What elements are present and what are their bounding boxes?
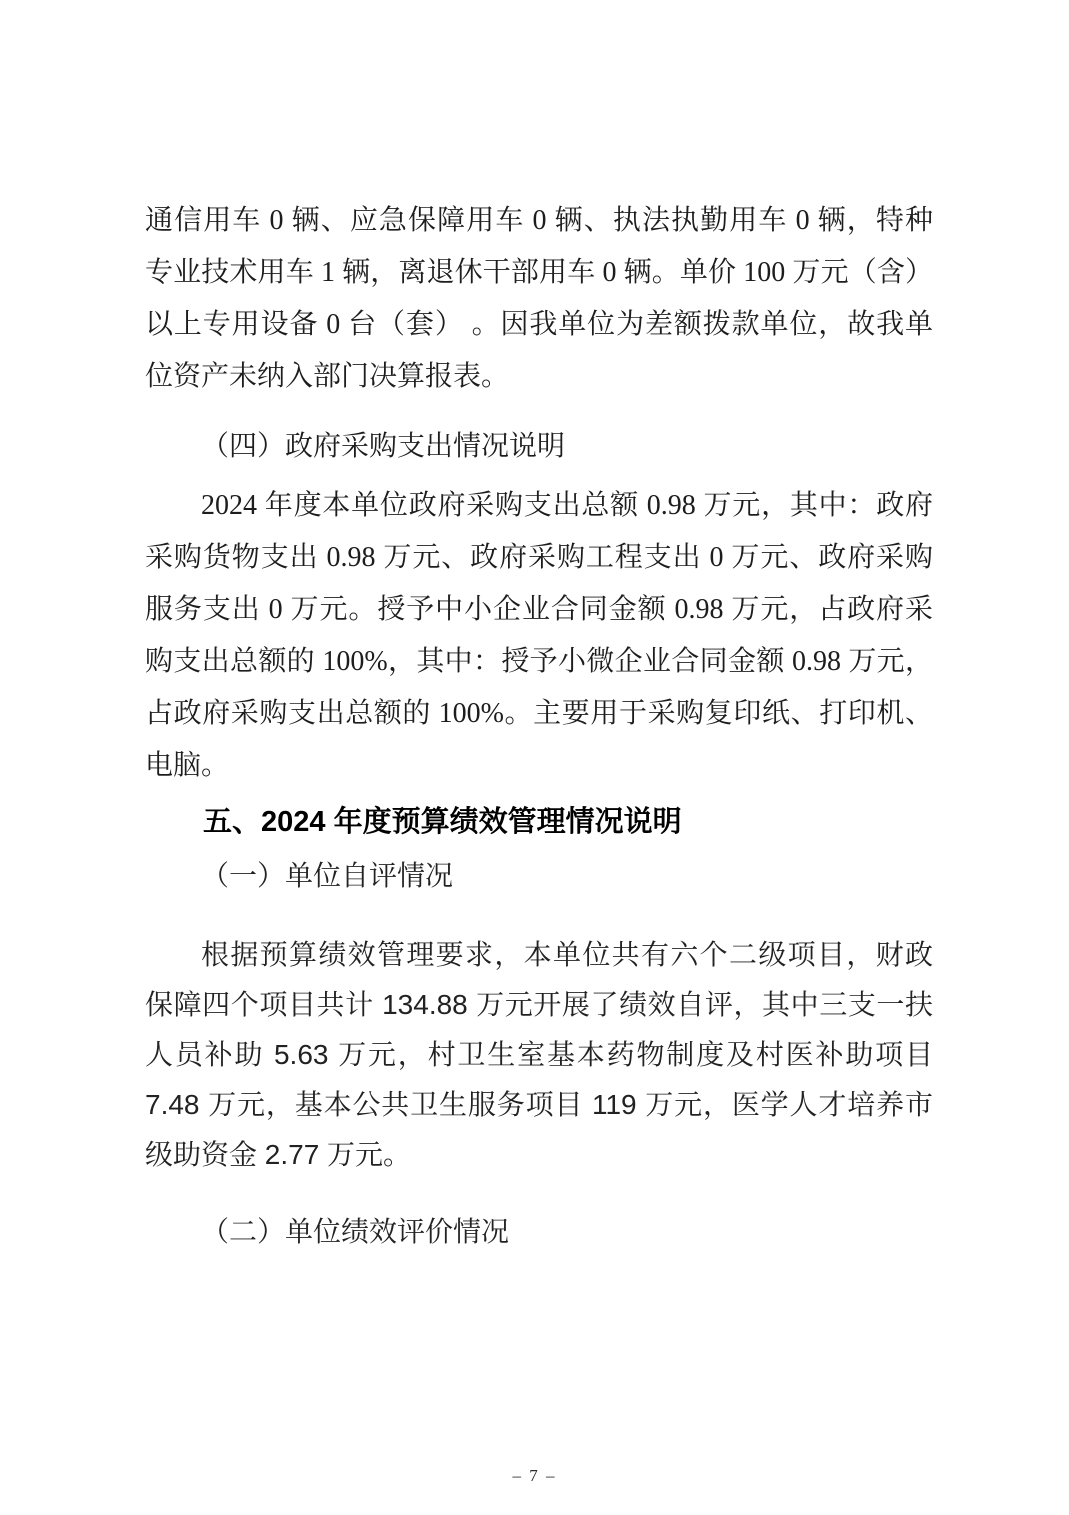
text-line: 采购货物支出 0.98 万元、政府采购工程支出 0 万元、政府采购 bbox=[145, 532, 933, 584]
page-number: – 7 – bbox=[0, 1466, 1069, 1486]
text-line: 电脑。 bbox=[145, 740, 933, 792]
text-line: 通信用车 0 辆、应急保障用车 0 辆、执法执勤用车 0 辆，特种 bbox=[145, 195, 933, 247]
text-line: 服务支出 0 万元。授予中小企业合同金额 0.98 万元，占政府采 bbox=[145, 584, 933, 636]
heading-subsection-one-self-evaluation: （一）单位自评情况 bbox=[145, 850, 933, 902]
paragraph-procurement-expenditure: 2024 年度本单位政府采购支出总额 0.98 万元，其中：政府采购货物支出 0… bbox=[145, 480, 933, 792]
heading-subsection-two-performance-review: （二）单位绩效评价情况 bbox=[145, 1206, 933, 1258]
text-line: 级助资金 2.77 万元。 bbox=[145, 1130, 933, 1180]
text-line: 人员补助 5.63 万元，村卫生室基本药物制度及村医补助项目 bbox=[145, 1030, 933, 1080]
text-line: 专业技术用车 1 辆，离退休干部用车 0 辆。单价 100 万元（含） bbox=[145, 247, 933, 299]
text-line: 2024 年度本单位政府采购支出总额 0.98 万元，其中：政府 bbox=[145, 480, 933, 532]
text-line: 购支出总额的 100%，其中：授予小微企业合同金额 0.98 万元， bbox=[145, 636, 933, 688]
document-page: 通信用车 0 辆、应急保障用车 0 辆、执法执勤用车 0 辆，特种专业技术用车 … bbox=[0, 0, 1069, 1515]
text-line: 以上专用设备 0 台（套） 。因我单位为差额拨款单位，故我单 bbox=[145, 299, 933, 351]
text-line: 根据预算绩效管理要求，本单位共有六个二级项目，财政 bbox=[145, 930, 933, 980]
heading-section-five-performance: 五、2024 年度预算绩效管理情况说明 bbox=[145, 796, 933, 848]
heading-section-four-procurement: （四）政府采购支出情况说明 bbox=[145, 421, 933, 473]
paragraph-self-evaluation: 根据预算绩效管理要求，本单位共有六个二级项目，财政保障四个项目共计 134.88… bbox=[145, 930, 933, 1180]
text-line: 位资产未纳入部门决算报表。 bbox=[145, 351, 933, 403]
paragraph-vehicles-assets: 通信用车 0 辆、应急保障用车 0 辆、执法执勤用车 0 辆，特种专业技术用车 … bbox=[145, 195, 933, 403]
text-line: 7.48 万元，基本公共卫生服务项目 119 万元，医学人才培养市 bbox=[145, 1080, 933, 1130]
text-line: 保障四个项目共计 134.88 万元开展了绩效自评，其中三支一扶 bbox=[145, 980, 933, 1030]
page-content: 通信用车 0 辆、应急保障用车 0 辆、执法执勤用车 0 辆，特种专业技术用车 … bbox=[145, 195, 933, 1258]
text-line: 占政府采购支出总额的 100%。主要用于采购复印纸、打印机、 bbox=[145, 688, 933, 740]
